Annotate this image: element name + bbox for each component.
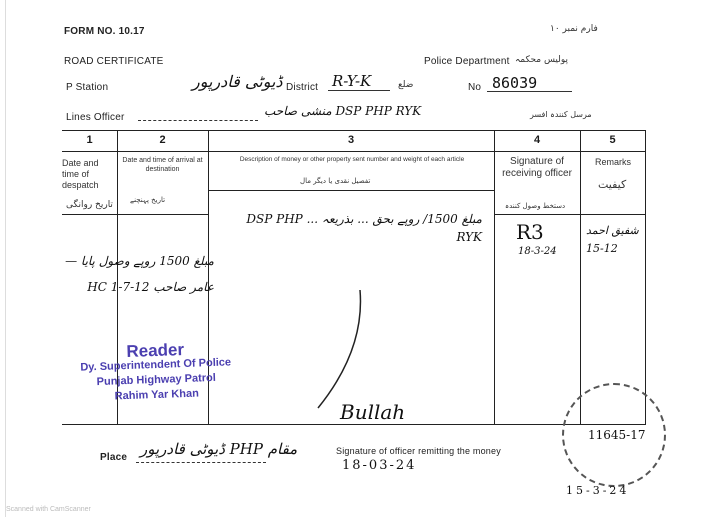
urdu-form-number: فارم نمبر ۱۰ bbox=[550, 24, 598, 34]
p-station-label: P Station bbox=[66, 82, 108, 93]
lines-officer-value: منشی صاحب DSP PHP RYK bbox=[264, 104, 421, 118]
remitting-officer-signature: Bullah bbox=[340, 400, 405, 424]
col-header-5-urdu: کیفیت bbox=[598, 178, 626, 191]
col-num-1: 1 bbox=[62, 134, 117, 146]
col-header-4: Signature of receiving officer bbox=[496, 156, 578, 180]
col-num-5: 5 bbox=[580, 134, 645, 146]
district-urdu: ضلع bbox=[398, 80, 413, 90]
no-value: 86039 bbox=[492, 74, 537, 92]
lines-officer-line bbox=[138, 120, 258, 121]
row-col4-date: 18-3-24 bbox=[518, 246, 557, 257]
p-station-value: ڈیوٹی قادرپور bbox=[192, 72, 283, 91]
place-value: مقام PHP ڈیوٹی قادرپور bbox=[140, 440, 297, 458]
col-divider-4 bbox=[580, 130, 581, 424]
signature-date: 18-03-24 bbox=[342, 458, 416, 473]
seal-number: 11645-17 bbox=[588, 428, 646, 442]
police-department-urdu: پولیس محکمہ bbox=[515, 55, 568, 65]
strike-line bbox=[310, 290, 370, 410]
lines-officer-urdu: مرسل کنندہ افسر bbox=[530, 110, 592, 119]
place-label: Place bbox=[100, 452, 127, 463]
form-number: FORM NO. 10.17 bbox=[64, 26, 145, 37]
row-col3-entry: مبلغ 1500/ روپے بحق ... بذریعہ ... DSP P… bbox=[222, 210, 482, 246]
row-col4-signature: R3 bbox=[516, 220, 544, 244]
reader-stamp: Reader Dy. Superintendent Of Police Punj… bbox=[45, 339, 267, 407]
col-header-1-urdu: تاریخ روانگی bbox=[66, 200, 113, 210]
col-num-2: 2 bbox=[117, 134, 208, 146]
table-number-row-border bbox=[62, 151, 646, 152]
col-num-4: 4 bbox=[494, 134, 580, 146]
district-label: District bbox=[286, 82, 318, 93]
col-header-4-urdu: دستخط وصول کنندہ bbox=[505, 202, 565, 210]
table-top-border bbox=[62, 130, 646, 131]
col-header-3-urdu: تفصیل نقدی یا دیگر مال bbox=[300, 177, 370, 185]
col3-header-border bbox=[208, 190, 494, 191]
col-divider-5 bbox=[645, 130, 646, 424]
row-col1-entry: مبلغ 1500 روپے وصول پایا — عامر صاحب 12-… bbox=[64, 248, 214, 300]
lines-officer-label: Lines Officer bbox=[66, 112, 125, 123]
form-title: ROAD CERTIFICATE bbox=[64, 56, 164, 67]
col-header-2-urdu: تاریخ پہنچنے bbox=[130, 196, 165, 204]
place-line bbox=[136, 462, 266, 463]
seal-date: 15-3-24 bbox=[566, 484, 629, 497]
row-col5-entry: شفیق احمد 12-15 bbox=[586, 222, 644, 258]
table-bottom-border bbox=[62, 424, 646, 425]
district-line bbox=[328, 90, 390, 91]
no-label: No bbox=[468, 82, 481, 93]
signature-label: Signature of officer remitting the money bbox=[336, 446, 501, 456]
col-header-1: Date and time of despatch bbox=[62, 158, 112, 191]
col-header-5: Remarks bbox=[582, 157, 644, 168]
district-value: R-Y-K bbox=[332, 72, 371, 90]
col45-header-border bbox=[494, 214, 646, 215]
col-divider-3 bbox=[494, 130, 495, 424]
camscanner-watermark: Scanned with CamScanner bbox=[6, 506, 91, 513]
scan-edge bbox=[5, 0, 6, 517]
col-num-3: 3 bbox=[208, 134, 494, 146]
col-header-3: Description of money or other property s… bbox=[212, 156, 492, 164]
col-header-2: Date and time of arrival at destination bbox=[120, 156, 205, 174]
col12-header-border bbox=[62, 214, 208, 215]
police-department-label: Police Department bbox=[424, 56, 510, 67]
